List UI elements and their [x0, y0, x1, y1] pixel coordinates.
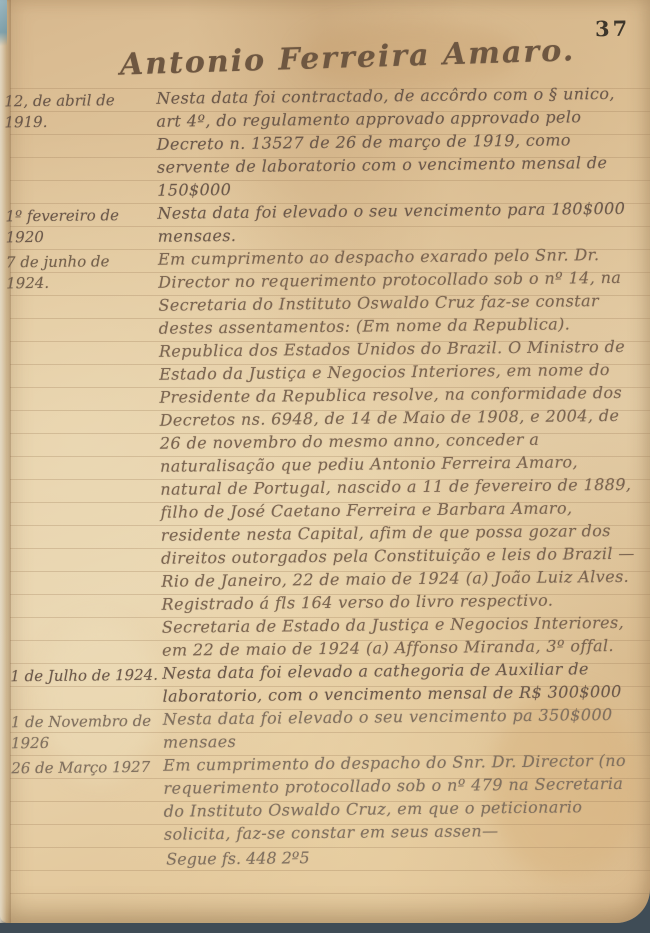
ledger-entry: 12, de abril de 1919. Nesta data foi con…	[2, 82, 641, 204]
entry-text: Em cumprimento do despacho do Snr. Dr. D…	[163, 749, 648, 846]
record-title-name: Antonio Ferreira Amaro.	[119, 31, 640, 82]
ledger-entry: 1 de Novembro de 1926 Nesta data foi ele…	[9, 703, 647, 756]
entry-date: 7 de junho de 1924.	[4, 248, 158, 295]
entry-text: Nesta data foi contractado, de accôrdo c…	[156, 82, 641, 202]
entry-date: 26 de Março 1927	[9, 754, 163, 780]
ledger-entry: 7 de junho de 1924. Em cumprimento ao de…	[4, 243, 646, 664]
ledger-page: 37 Antonio Ferreira Amaro. 12, de abril …	[0, 0, 650, 923]
ledger-entry: 1º fevereiro de 1920 Nesta data foi elev…	[3, 197, 641, 250]
entry-date: 12, de abril de 1919.	[2, 87, 156, 134]
ledger-entry: 26 de Março 1927 Em cumprimento do despa…	[9, 749, 648, 848]
ledger-entry: 1 de Julho de 1924. Nesta data foi eleva…	[8, 657, 646, 710]
entry-date: 1 de Julho de 1924.	[8, 662, 162, 688]
entry-text: Em cumprimento ao despacho exarado pelo …	[158, 243, 646, 662]
continuation-note: Segue fs. 448 2º5	[166, 843, 648, 871]
entry-text: Nesta data foi elevado o seu vencimento …	[163, 703, 647, 754]
binding-corner-fragment	[0, 0, 7, 46]
entry-text: Nesta data foi elevado o seu vencimento …	[157, 197, 641, 248]
handwritten-content: Antonio Ferreira Amaro. 12, de abril de …	[2, 37, 649, 873]
entry-text: Nesta data foi elevado a cathegoria de A…	[162, 657, 646, 708]
entry-date: 1 de Novembro de 1926	[9, 708, 163, 755]
entry-date: 1º fevereiro de 1920	[3, 202, 157, 249]
